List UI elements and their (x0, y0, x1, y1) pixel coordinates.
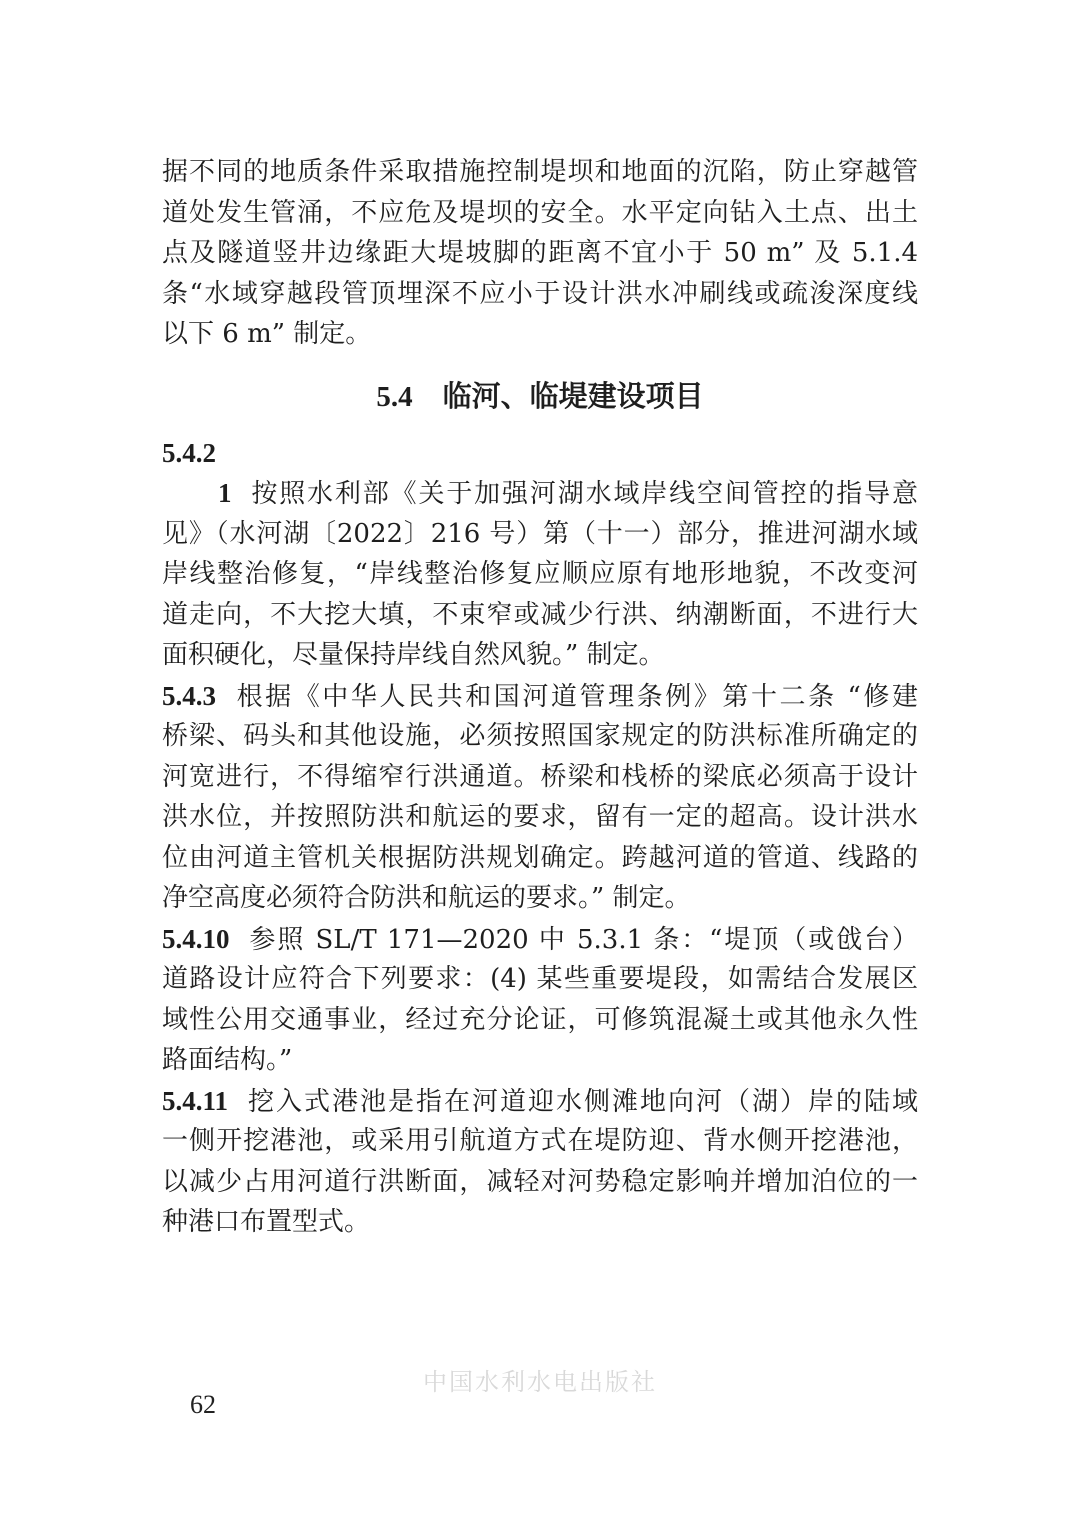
text-line: 河宽进行，不得缩窄行洪通道。桥梁和栈桥的梁底必须高于设计 (162, 757, 918, 798)
intro-paragraph: 据不同的地质条件采取措施控制堤坝和地面的沉陷，防止穿越管 道处发生管涌，不应危及… (162, 152, 918, 355)
text-line: 见》（水河湖〔2022〕216 号）第（十一）部分，推进河湖水域 (162, 514, 918, 555)
section-heading: 5.4临河、临堤建设项目 (162, 361, 918, 431)
text-line: 净空高度必须符合防洪和航运的要求。” 制定。 (162, 878, 918, 919)
clause-number: 5.4.3 (162, 681, 216, 711)
clause-5-4-2: 5.4.2 1按照水利部《关于加强河湖水域岸线空间管控的指导意 见》（水河湖〔2… (162, 433, 918, 676)
line-text: 按照水利部《关于加强河湖水域岸线空间管控的指导意 (250, 479, 919, 509)
text-line: 以下 6 m” 制定。 (162, 314, 918, 355)
page-number: 62 (190, 1390, 216, 1420)
text-line: 种港口布置型式。 (162, 1202, 918, 1243)
text-line: 道走向，不大挖大填，不束窄或减少行洪、纳潮断面，不进行大 (162, 595, 918, 636)
text-line: 5.4.10参照 SL/T 171—2020 中 5.3.1 条：“堤顶（或戗台… (162, 919, 918, 960)
page-body: 据不同的地质条件采取措施控制堤坝和地面的沉陷，防止穿越管 道处发生管涌，不应危及… (162, 152, 918, 1243)
clause-number: 5.4.2 (162, 433, 918, 474)
text-line: 桥梁、码头和其他设施，必须按照国家规定的防洪标准所确定的 (162, 716, 918, 757)
clause-5-4-10: 5.4.10参照 SL/T 171—2020 中 5.3.1 条：“堤顶（或戗台… (162, 919, 918, 1081)
text-line: 以减少占用河道行洪断面，减轻对河势稳定影响并增加泊位的一 (162, 1162, 918, 1203)
section-title: 临河、临堤建设项目 (443, 379, 704, 413)
item-number: 1 (218, 478, 232, 508)
text-line: 道路设计应符合下列要求：(4) 某些重要堤段，如需结合发展区 (162, 959, 918, 1000)
text-line: 域性公用交通事业，经过充分论证，可修筑混凝土或其他永久性 (162, 1000, 918, 1041)
clause-number: 5.4.10 (162, 924, 230, 954)
text-line: 岸线整治修复，“岸线整治修复应顺应原有地形地貌，不改变河 (162, 554, 918, 595)
clause-5-4-11: 5.4.11挖入式港池是指在河道迎水侧滩地向河（湖）岸的陆域 一侧开挖港池，或采… (162, 1081, 918, 1243)
text-line: 路面结构。” (162, 1040, 918, 1081)
text-line: 1按照水利部《关于加强河湖水域岸线空间管控的指导意 (162, 473, 918, 514)
line-text: 参照 SL/T 171—2020 中 5.3.1 条：“堤顶（或戗台） (248, 925, 919, 955)
text-line: 一侧开挖港池，或采用引航道方式在堤防迎、背水侧开挖港池， (162, 1121, 918, 1162)
text-line: 条“水域穿越段管顶埋深不应小于设计洪水冲刷线或疏浚深度线 (162, 274, 918, 315)
text-line: 位由河道主管机关根据防洪规划确定。跨越河道的管道、线路的 (162, 838, 918, 879)
line-text: 根据《中华人民共和国河道管理条例》第十二条 “修建 (234, 682, 918, 712)
text-line: 5.4.11挖入式港池是指在河道迎水侧滩地向河（湖）岸的陆域 (162, 1081, 918, 1122)
clause-5-4-3: 5.4.3根据《中华人民共和国河道管理条例》第十二条 “修建 桥梁、码头和其他设… (162, 676, 918, 919)
section-number: 5.4 (376, 381, 412, 413)
text-line: 点及隧道竖井边缘距大堤坡脚的距离不宜小于 50 m” 及 5.1.4 (162, 233, 918, 274)
text-line: 据不同的地质条件采取措施控制堤坝和地面的沉陷，防止穿越管 (162, 152, 918, 193)
text-line: 洪水位，并按照防洪和航运的要求，留有一定的超高。设计洪水 (162, 797, 918, 838)
publisher-watermark: 中国水利水电出版社 (0, 1362, 1080, 1397)
text-line: 道处发生管涌，不应危及堤坝的安全。水平定向钻入土点、出土 (162, 193, 918, 234)
text-line: 5.4.3根据《中华人民共和国河道管理条例》第十二条 “修建 (162, 676, 918, 717)
text-line: 面积硬化，尽量保持岸线自然风貌。” 制定。 (162, 635, 918, 676)
clause-number: 5.4.11 (162, 1086, 228, 1116)
line-text: 挖入式港池是指在河道迎水侧滩地向河（湖）岸的陆域 (246, 1087, 918, 1117)
